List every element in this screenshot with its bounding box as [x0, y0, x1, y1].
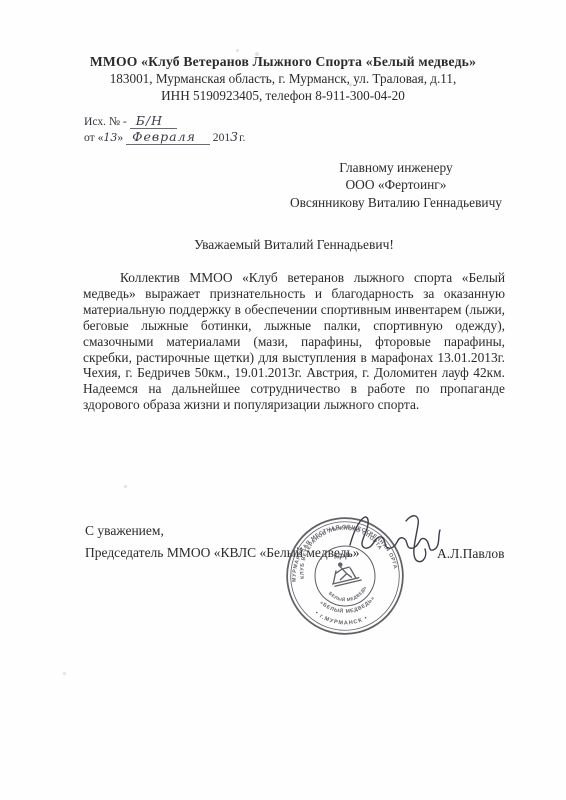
body-paragraph: Коллектив ММОО «Клуб ветеранов лыжного с… [83, 270, 505, 413]
date-row: от «13» Февраля 2013г. [84, 129, 245, 145]
outgoing-number-value: Б/Н [130, 113, 177, 129]
date-prefix: от « [84, 131, 103, 144]
org-address: 183001, Мурманская область, г. Мурманск,… [0, 71, 566, 88]
stamp-center-bottom-text: БЕЛЫЙ МЕДВЕДЬ [327, 584, 369, 605]
date-close-quote: » [117, 131, 123, 144]
date-year-printed: 201 [213, 131, 230, 144]
scan-speck [124, 485, 127, 488]
date-month-handwritten: Февраля [126, 129, 210, 145]
scan-speck [255, 52, 259, 56]
scanned-letter-page: ММОО «Клуб Ветеранов Лыжного Спорта «Бел… [0, 0, 566, 800]
addressee-name: Овсянникову Виталию Геннадьевичу [228, 194, 564, 211]
scan-speck [63, 672, 66, 675]
salutation: Уважаемый Виталий Геннадьевич! [83, 237, 505, 253]
outgoing-number-row: Исх. № - Б/Н [84, 113, 245, 129]
addressee-block: Главному инженеру ООО «Фертоинг» Овсянни… [228, 159, 564, 211]
org-inn-phone: ИНН 5190923405, телефон 8-911-300-04-20 [0, 88, 566, 105]
closing-line: С уважением, [85, 523, 164, 539]
scan-speck [236, 49, 239, 52]
scan-speck [349, 83, 352, 87]
date-year-handwritten: 3 [230, 129, 239, 144]
outgoing-number-label: Исх. № - [84, 115, 127, 128]
addressee-position: Главному инженеру [228, 159, 564, 176]
handwritten-signature-icon [336, 505, 456, 571]
date-day-handwritten: 13 [103, 131, 117, 144]
reference-block: Исх. № - Б/Н от «13» Февраля 2013г. [84, 113, 245, 145]
addressee-company: ООО «Фертоинг» [228, 176, 564, 193]
date-suffix: г. [239, 131, 245, 144]
letterhead: ММОО «Клуб Ветеранов Лыжного Спорта «Бел… [0, 53, 566, 104]
svg-text:БЕЛЫЙ МЕДВЕДЬ: БЕЛЫЙ МЕДВЕДЬ [327, 584, 369, 605]
org-name: ММОО «Клуб Ветеранов Лыжного Спорта «Бел… [0, 53, 566, 71]
